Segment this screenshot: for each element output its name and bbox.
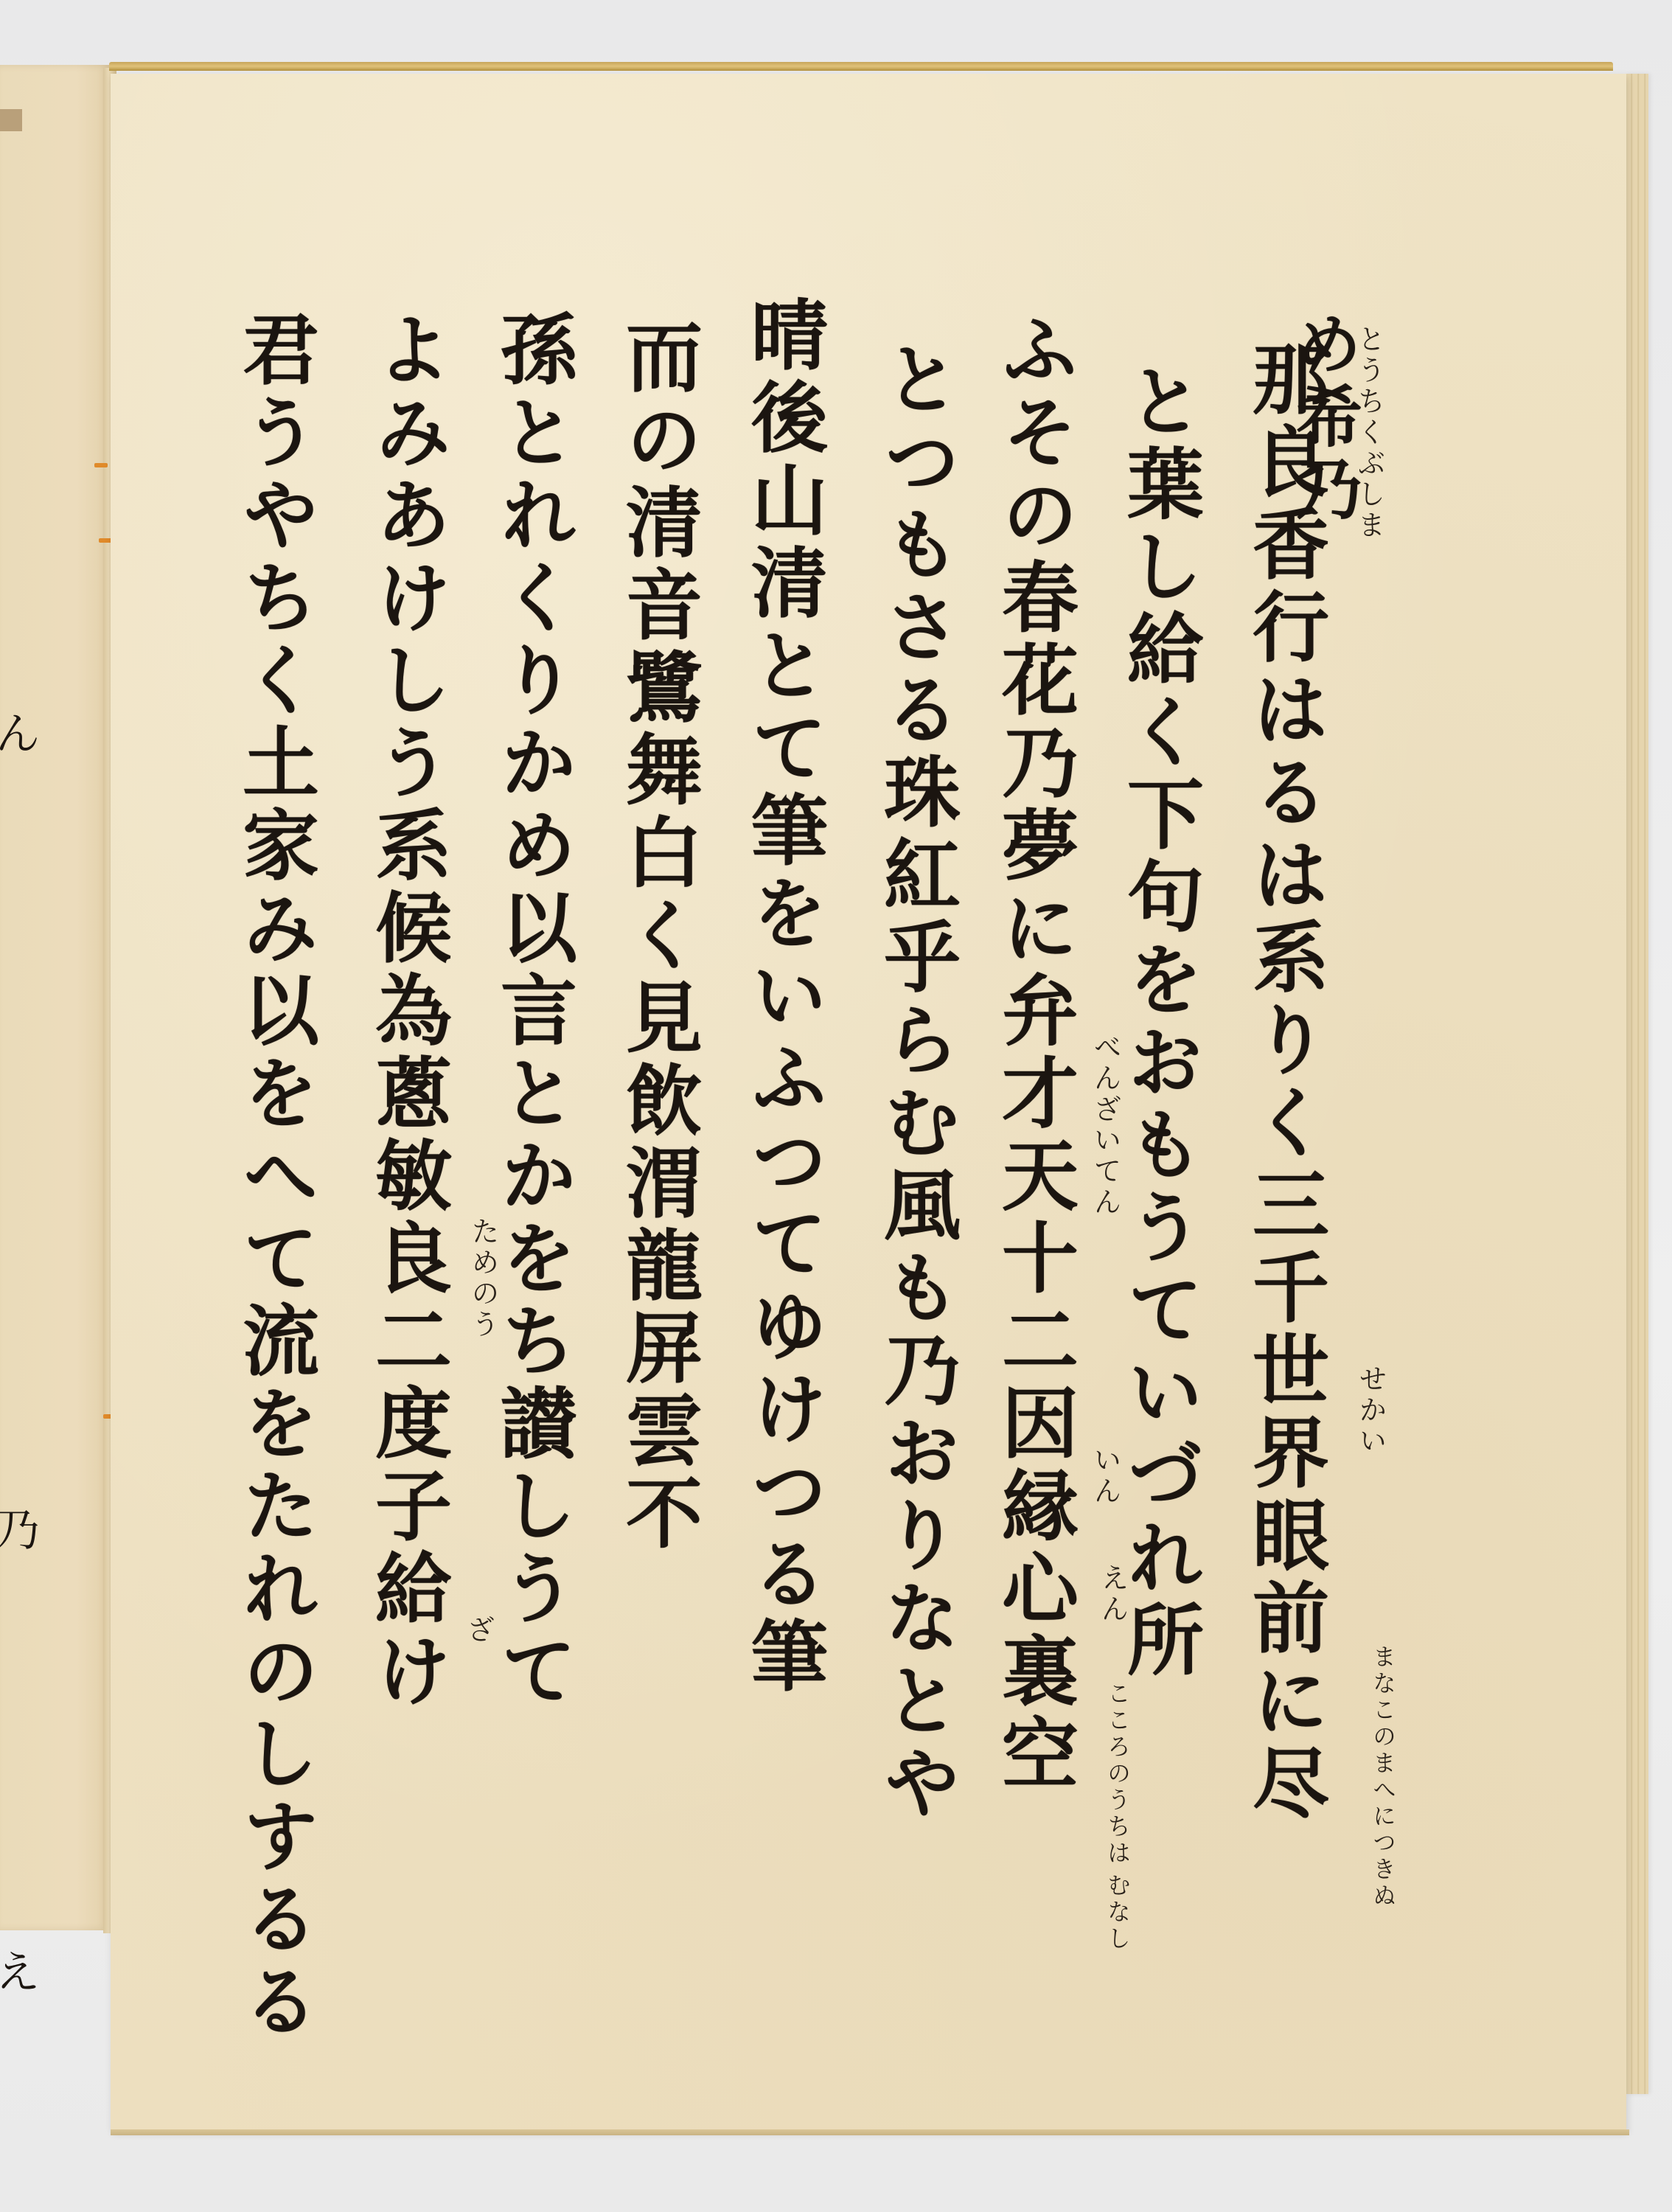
ruby-gloss: いん bbox=[1091, 1445, 1119, 1507]
ruby-gloss: とうちくぶしま bbox=[1355, 324, 1383, 541]
left-page-corner-block bbox=[0, 109, 22, 131]
text-column-6: 晴後山清とて筆をいふつてゆけつる筆 bbox=[745, 295, 821, 1699]
text-column-7: 而の清音鷺舞白く見飲渭龍屏雲不 bbox=[619, 317, 696, 1556]
page-bottom-edge bbox=[111, 2129, 1629, 2135]
left-page-fragment: 乃 bbox=[0, 1495, 40, 1559]
text-column-8: 孫とれくりかめ以言とかをち讃しうて bbox=[494, 310, 571, 1714]
text-column-9: よみあけしう系候為蔥敏良二度子給け bbox=[369, 310, 445, 1714]
ruby-gloss: べんざいてん bbox=[1091, 1032, 1119, 1218]
text-column-5: とつもさる珠紅乎らむ風も乃おりなとや bbox=[877, 339, 954, 1826]
text-column-4: ふその春花乃夢に弁才天十二因縁心裏空 bbox=[995, 310, 1072, 1796]
ruby-gloss: ざ bbox=[464, 1615, 492, 1646]
text-column-3: と葉し給く下句をおもうていづれ所 bbox=[1121, 361, 1197, 1683]
ruby-gloss: せかい bbox=[1356, 1364, 1384, 1457]
ruby-gloss: こころのうちは bbox=[1106, 1681, 1129, 1867]
ruby-gloss: ためのう bbox=[469, 1217, 497, 1340]
left-page-fragment: え bbox=[0, 1938, 40, 2001]
ruby-gloss: えん bbox=[1098, 1563, 1126, 1625]
binding-thread bbox=[94, 463, 108, 467]
left-page-fragment: ん bbox=[0, 699, 40, 762]
left-page: ん 乃 え bbox=[0, 65, 109, 1930]
ruby-gloss: まなこのまへにつきぬ bbox=[1371, 1644, 1395, 1910]
top-gilt-edge bbox=[109, 62, 1613, 71]
text-column-2: 那良香行はるは系りく三千世界眼前に尽 bbox=[1246, 339, 1323, 1826]
ruby-gloss: むなし bbox=[1106, 1873, 1129, 1952]
text-column-10: 君うやちく土家み以をへて流をたれのしするる bbox=[236, 310, 313, 2044]
page-fore-edge bbox=[1626, 74, 1648, 2094]
text-area: め希乃 那良香行はるは系りく三千世界眼前に尽 とうちくぶしま せかい まなこのま… bbox=[192, 295, 1489, 2065]
